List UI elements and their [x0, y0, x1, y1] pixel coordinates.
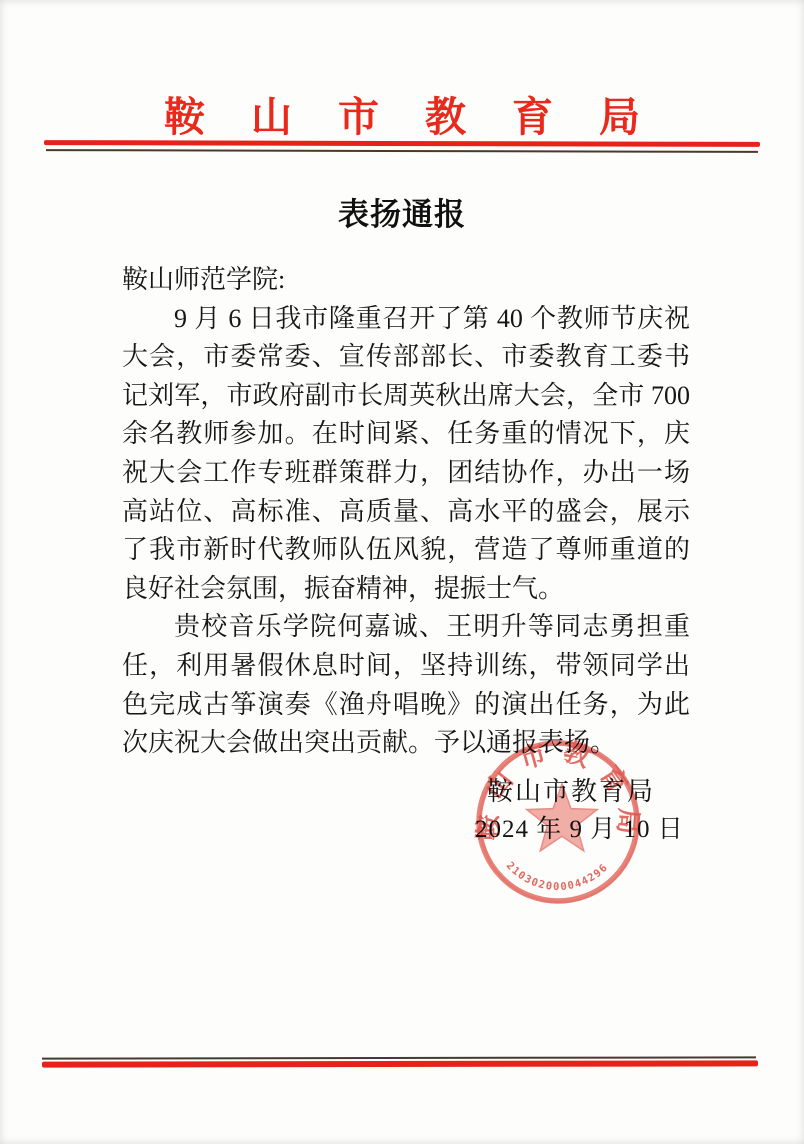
body-paragraph: 9 月 6 日我市隆重召开了第 40 个教师节庆祝大会，市委常委、宣传部部长、市…: [122, 300, 690, 609]
scanned-official-document: 鞍山市教育局 表扬通报 鞍山师范学院: 9 月 6 日我市隆重召开了第 40 个…: [0, 0, 804, 1144]
letterhead-rule-dark: [46, 149, 758, 153]
salutation: 鞍山师范学院:: [122, 261, 690, 300]
footer-rule-dark: [42, 1056, 756, 1059]
document-body: 鞍山师范学院: 9 月 6 日我市隆重召开了第 40 个教师节庆祝大会，市委常委…: [122, 261, 690, 763]
document-title: 表扬通报: [0, 189, 804, 234]
letterhead-rule-red: [44, 140, 760, 147]
seal-star-icon: [527, 784, 597, 851]
official-seal: 鞍山市教育局 210302000044296: [472, 737, 644, 909]
footer-rule-red: [42, 1060, 758, 1067]
letterhead-title: 鞍山市教育局: [0, 84, 804, 143]
